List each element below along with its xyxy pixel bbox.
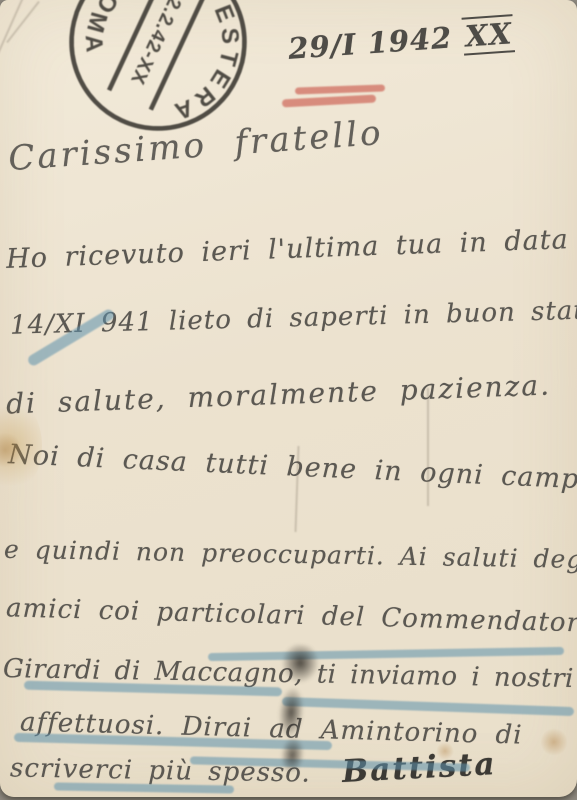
ink-blot [255,641,332,779]
date-text: 29/I 1942 [287,20,453,65]
corner-crease [0,0,24,61]
date-era: XX [462,14,516,55]
red-censor-stroke-1 [295,84,385,94]
letter-line: di salute, moralmente pazienza. [6,368,552,420]
blue-censor-stroke-1 [208,647,564,661]
date-line: 29/I 1942 XX [287,16,515,66]
paper-stain [540,728,568,756]
letter-line: Noi di casa tutti bene in ogni campo [8,439,577,496]
letter-line: Ho ricevuto ieri l'ultima tua in data [6,224,570,275]
letter-line: amici coi particolari del Commendatore [6,593,577,638]
paper-crease [427,388,429,506]
postcard: ESTERA ROMA 2.2.42-XX 29/I 1942 XX Caris… [0,0,577,797]
letter-line: e quindi non preoccuparti. Ai saluti deg… [4,535,577,574]
postmark-date: 2.2.42-XX [126,0,185,88]
red-censor-stroke-2 [282,95,376,108]
